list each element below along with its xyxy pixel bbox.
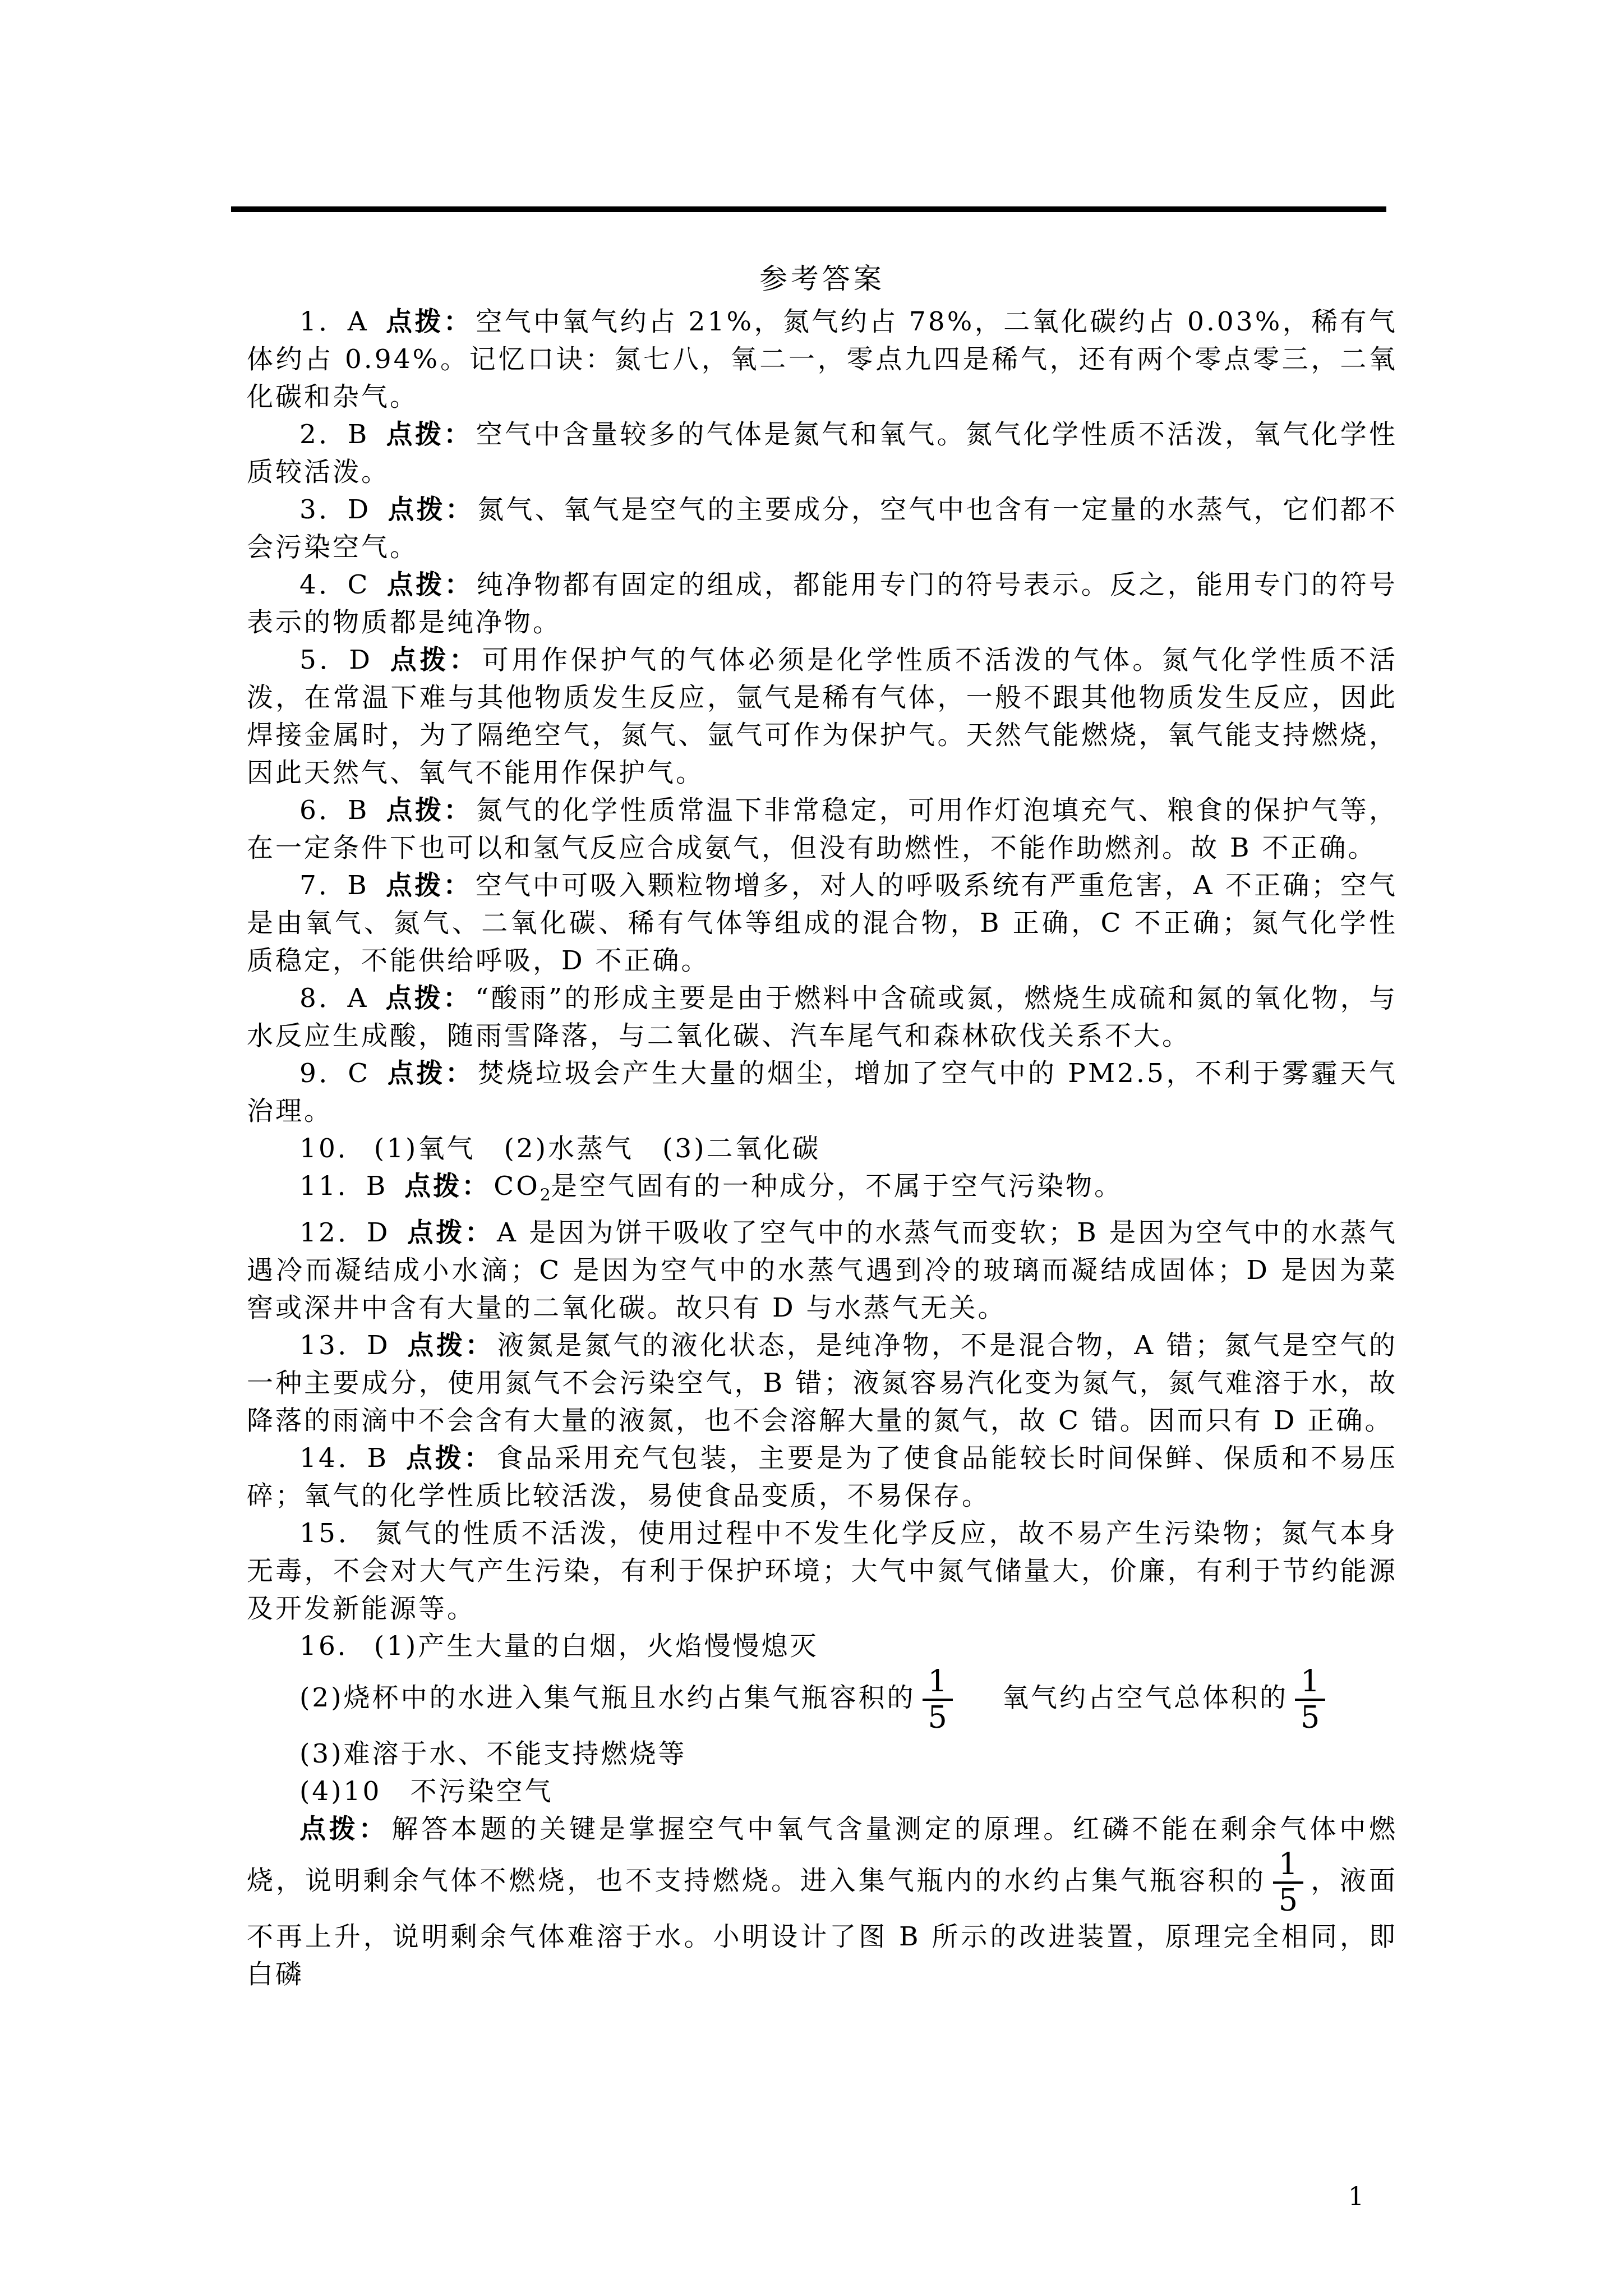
answer-item-2: 2．B点拨：空气中含量较多的气体是氮气和氧气。氮气化学性质不活泼，氧气化学性质较… — [247, 416, 1398, 491]
tip-label: 点拨： — [389, 645, 479, 675]
item-number: 4．C — [299, 569, 370, 600]
co2-subscript: 2 — [540, 1185, 551, 1205]
item-number: 5．D — [299, 645, 372, 675]
tip-label: 点拨： — [386, 306, 473, 337]
item-text: (1)产生大量的白烟，火焰慢慢熄灭 — [374, 1631, 819, 1662]
item-number: 7．B — [299, 870, 369, 901]
item-number: 2．B — [299, 419, 369, 450]
item-number: 16． — [299, 1631, 366, 1662]
item-text: 氮气的性质不活泼，使用过程中不发生化学反应，故不易产生污染物；氮气本身无毒，不会… — [247, 1518, 1398, 1624]
item-number: 13．D — [299, 1330, 390, 1361]
item-number: 9．C — [299, 1058, 370, 1089]
tip-label: 点拨： — [386, 419, 472, 450]
answer-item-16-2: (2)烧杯中的水进入集气瓶且水约占集气瓶容积的15氧气约占空气总体积的15 — [247, 1665, 1398, 1735]
page-number: 1 — [1348, 2183, 1364, 2211]
answer-item-13: 13．D点拨：液氮是氮气的液化状态，是纯净物，不是混合物，A 错；氮气是空气的一… — [247, 1327, 1398, 1439]
tip-label: 点拨： — [385, 983, 472, 1014]
fraction-numerator: 1 — [923, 1665, 953, 1699]
document-body: 参考答案 1．A点拨：空气中氧气约占 21%，氮气约占 78%，二氧化碳约占 0… — [247, 255, 1398, 1993]
answer-item-16-1: 16．(1)产生大量的白烟，火焰慢慢熄灭 — [247, 1627, 1398, 1665]
item-text: 氧气约占空气总体积的 — [1002, 1682, 1288, 1713]
item-number: 12．D — [299, 1217, 390, 1248]
item-number: 11．B — [299, 1171, 388, 1202]
tip-label: 点拨： — [386, 795, 472, 826]
chemical-formula: CO — [494, 1171, 540, 1202]
item-number: 8．A — [299, 983, 368, 1014]
answer-item-6: 6．B点拨：氮气的化学性质常温下非常稳定，可用作灯泡填充气、粮食的保护气等，在一… — [247, 792, 1398, 867]
answer-item-10: 10．(1)氧气 (2)水蒸气 (3)二氧化碳 — [247, 1130, 1398, 1167]
fraction-denominator: 5 — [1295, 1699, 1325, 1734]
item-text: 是空气固有的一种成分，不属于空气污染物。 — [551, 1171, 1123, 1202]
item-text: (3)难溶于水、不能支持燃烧等 — [299, 1738, 687, 1769]
answer-item-12: 12．D点拨：A 是因为饼干吸收了空气中的水蒸气而变软；B 是因为空气中的水蒸气… — [247, 1214, 1398, 1327]
fraction-denominator: 5 — [1273, 1881, 1303, 1917]
answer-item-16-4: (4)10 不污染空气 — [247, 1773, 1398, 1810]
tip-label: 点拨： — [387, 569, 473, 600]
answer-item-7: 7．B点拨：空气中可吸入颗粒物增多，对人的呼吸系统有严重危害，A 不正确；空气是… — [247, 867, 1398, 979]
item-number: 10． — [299, 1133, 366, 1164]
fraction-denominator: 5 — [923, 1699, 953, 1734]
answer-item-11: 11．B点拨：CO2是空气固有的一种成分，不属于空气污染物。 — [247, 1167, 1398, 1214]
item-number: 1．A — [299, 306, 369, 337]
tip-label: 点拨： — [405, 1443, 493, 1474]
fraction-one-fifth: 15 — [1273, 1848, 1303, 1918]
tip-label: 点拨： — [404, 1171, 490, 1202]
answer-item-5: 5．D点拨：可用作保护气的气体必须是化学性质不活泼的气体。氮气化学性质不活泼，在… — [247, 641, 1398, 792]
item-number: 15． — [299, 1518, 367, 1549]
fraction-numerator: 1 — [1273, 1848, 1303, 1881]
item-text: (2)烧杯中的水进入集气瓶且水约占集气瓶容积的 — [299, 1682, 916, 1713]
header-rule-divider — [231, 206, 1386, 212]
answer-item-4: 4．C点拨：纯净物都有固定的组成，都能用专门的符号表示。反之，能用专门的符号表示… — [247, 566, 1398, 641]
answer-item-16-3: (3)难溶于水、不能支持燃烧等 — [247, 1735, 1398, 1773]
tip-label: 点拨： — [387, 1058, 474, 1089]
tip-label: 点拨： — [299, 1814, 388, 1844]
fraction-one-fifth: 15 — [923, 1665, 953, 1735]
tip-label: 点拨： — [386, 870, 472, 901]
answer-item-1: 1．A点拨：空气中氧气约占 21%，氮气约占 78%，二氧化碳约占 0.03%，… — [247, 303, 1398, 416]
answer-item-16-tip: 点拨：解答本题的关键是掌握空气中氧气含量测定的原理。红磷不能在剩余气体中燃烧，说… — [247, 1810, 1398, 1993]
item-text: (4)10 不污染空气 — [299, 1776, 553, 1807]
fraction-one-fifth: 15 — [1295, 1665, 1325, 1735]
tip-label: 点拨： — [388, 494, 474, 525]
tip-label: 点拨： — [407, 1330, 494, 1361]
tip-label: 点拨： — [407, 1217, 494, 1248]
item-text: (1)氧气 (2)水蒸气 (3)二氧化碳 — [374, 1133, 821, 1164]
page-title: 参考答案 — [247, 255, 1398, 303]
item-number: 3．D — [299, 494, 371, 525]
item-text: 解答本题的关键是掌握空气中氧气含量测定的原理。红磷不能在剩余气体中燃烧，说明剩余… — [247, 1814, 1398, 1896]
answer-item-9: 9．C点拨：焚烧垃圾会产生大量的烟尘，增加了空气中的 PM2.5，不利于雾霾天气… — [247, 1055, 1398, 1130]
answer-item-8: 8．A点拨：“酸雨”的形成主要是由于燃料中含硫或氮，燃烧生成硫和氮的氧化物，与水… — [247, 979, 1398, 1055]
answer-item-15: 15．氮气的性质不活泼，使用过程中不发生化学反应，故不易产生污染物；氮气本身无毒… — [247, 1515, 1398, 1627]
fraction-numerator: 1 — [1295, 1665, 1325, 1699]
item-number: 6．B — [299, 795, 369, 826]
answer-item-3: 3．D点拨：氮气、氧气是空气的主要成分，空气中也含有一定量的水蒸气，它们都不会污… — [247, 491, 1398, 566]
answer-item-14: 14．B点拨：食品采用充气包装，主要是为了使食品能较长时间保鲜、保质和不易压碎；… — [247, 1439, 1398, 1515]
item-number: 14．B — [299, 1443, 389, 1474]
